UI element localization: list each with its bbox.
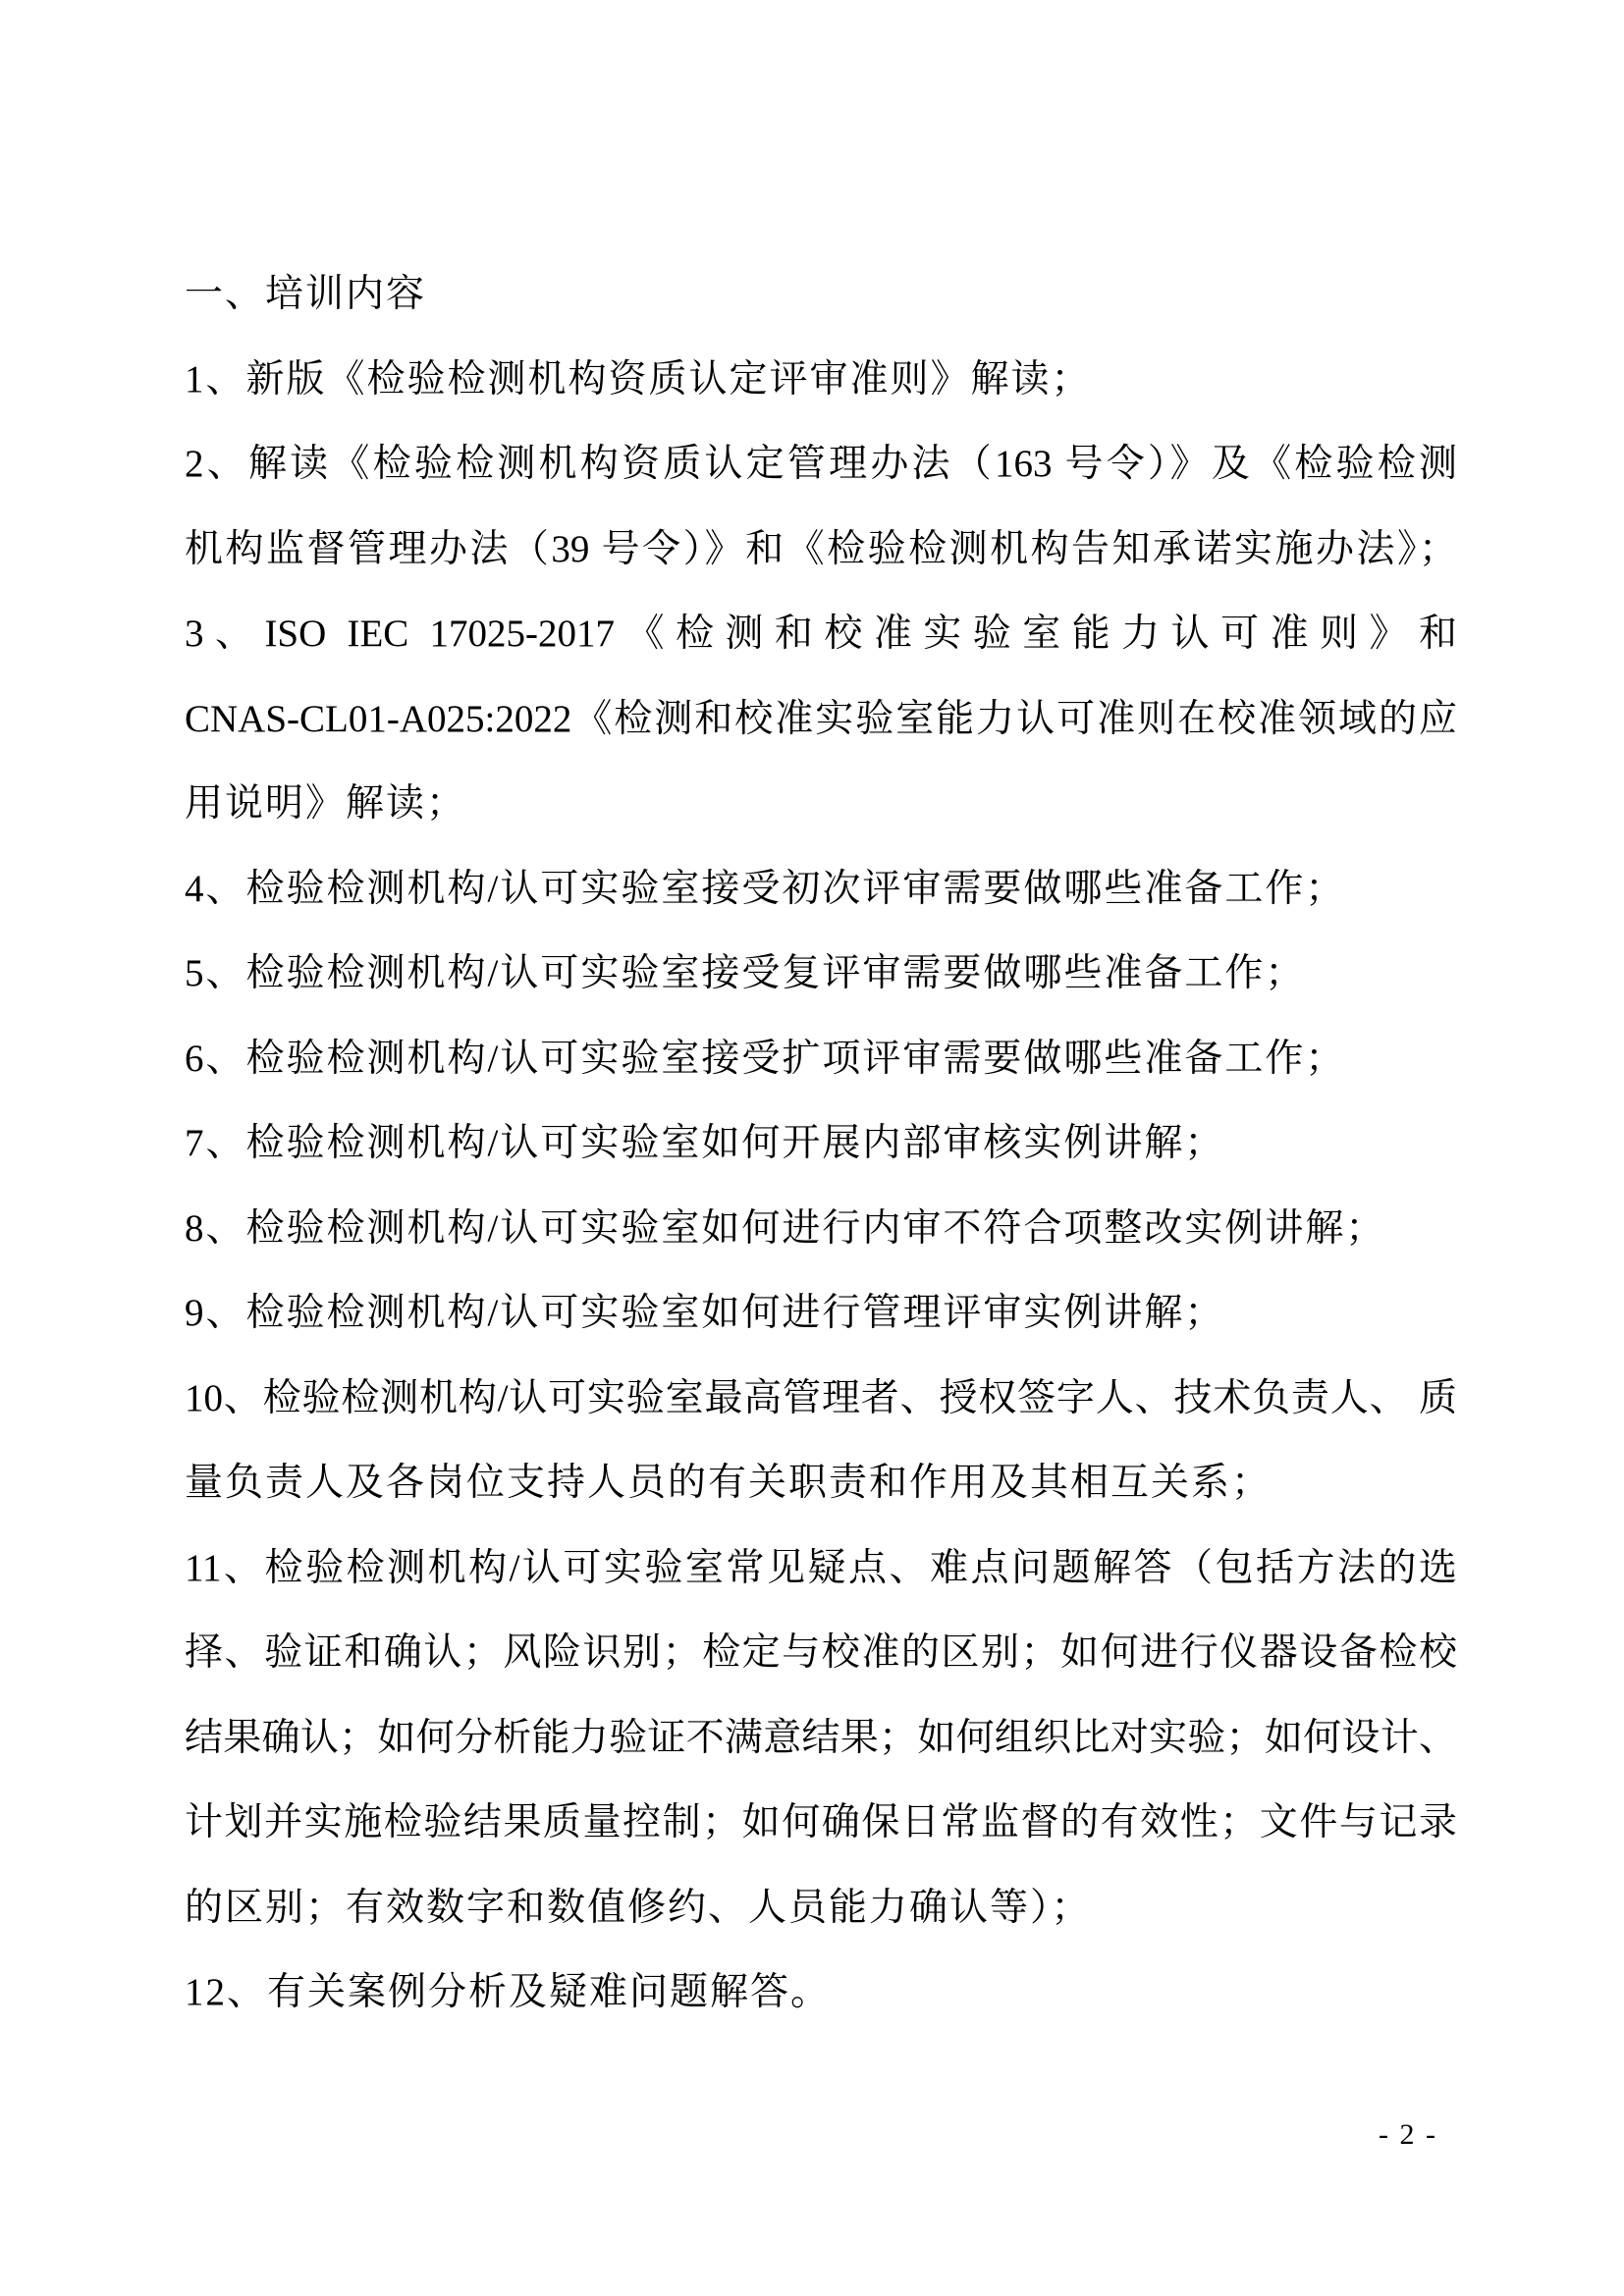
text-line: 7、检验检测机构/认可实验室如何开展内部审核实例讲解； <box>185 1101 1457 1187</box>
page-number: - 2 - <box>1379 2118 1437 2152</box>
text-line: 6、检验检测机构/认可实验室接受扩项评审需要做哪些准备工作； <box>185 1017 1457 1102</box>
text-line: 的区别；有效数字和数值修约、人员能力确认等）； <box>185 1866 1457 1951</box>
text-line: 3、ISO IEC 17025-2017《检测和校准实验室能力认可准则》和 <box>185 592 1457 677</box>
text-line: 12、有关案例分析及疑难问题解答。 <box>185 1950 1457 2036</box>
text-line: 2、解读《检验检测机构资质认定管理办法（163 号令）》及《检验检测 <box>185 422 1457 507</box>
text-line: 量负责人及各岗位支持人员的有关职责和作用及其相互关系； <box>185 1441 1457 1526</box>
text-line: 机构监督管理办法（39 号令）》和《检验检测机构告知承诺实施办法》； <box>185 507 1457 593</box>
text-line: 10、检验检测机构/认可实验室最高管理者、授权签字人、技术负责人、 质 <box>185 1357 1457 1442</box>
text-line: 结果确认；如何分析能力验证不满意结果；如何组织比对实验；如何设计、 <box>185 1696 1457 1782</box>
text-line: 9、检验检测机构/认可实验室如何进行管理评审实例讲解； <box>185 1271 1457 1357</box>
text-line: 择、验证和确认；风险识别；检定与校准的区别；如何进行仪器设备检校 <box>185 1611 1457 1696</box>
document-content: 一、培训内容 1、新版《检验检测机构资质认定评审准则》解读；2、解读《检验检测机… <box>0 0 1624 2036</box>
text-line: 用说明》解读； <box>185 762 1457 847</box>
text-line: CNAS-CL01-A025:2022《检测和校准实验室能力认可准则在校准领域的… <box>185 677 1457 763</box>
text-line: 5、检验检测机构/认可实验室接受复评审需要做哪些准备工作； <box>185 932 1457 1017</box>
training-content-list: 1、新版《检验检测机构资质认定评审准则》解读；2、解读《检验检测机构资质认定管理… <box>185 338 1457 2036</box>
document-page: 一、培训内容 1、新版《检验检测机构资质认定评审准则》解读；2、解读《检验检测机… <box>0 0 1624 2296</box>
section-heading: 一、培训内容 <box>185 252 1457 338</box>
text-line: 4、检验检测机构/认可实验室接受初次评审需要做哪些准备工作； <box>185 847 1457 933</box>
text-line: 计划并实施检验结果质量控制；如何确保日常监督的有效性；文件与记录 <box>185 1781 1457 1866</box>
text-line: 11、检验检测机构/认可实验室常见疑点、难点问题解答（包括方法的选 <box>185 1526 1457 1612</box>
text-line: 8、检验检测机构/认可实验室如何进行内审不符合项整改实例讲解； <box>185 1187 1457 1272</box>
text-line: 1、新版《检验检测机构资质认定评审准则》解读； <box>185 338 1457 423</box>
